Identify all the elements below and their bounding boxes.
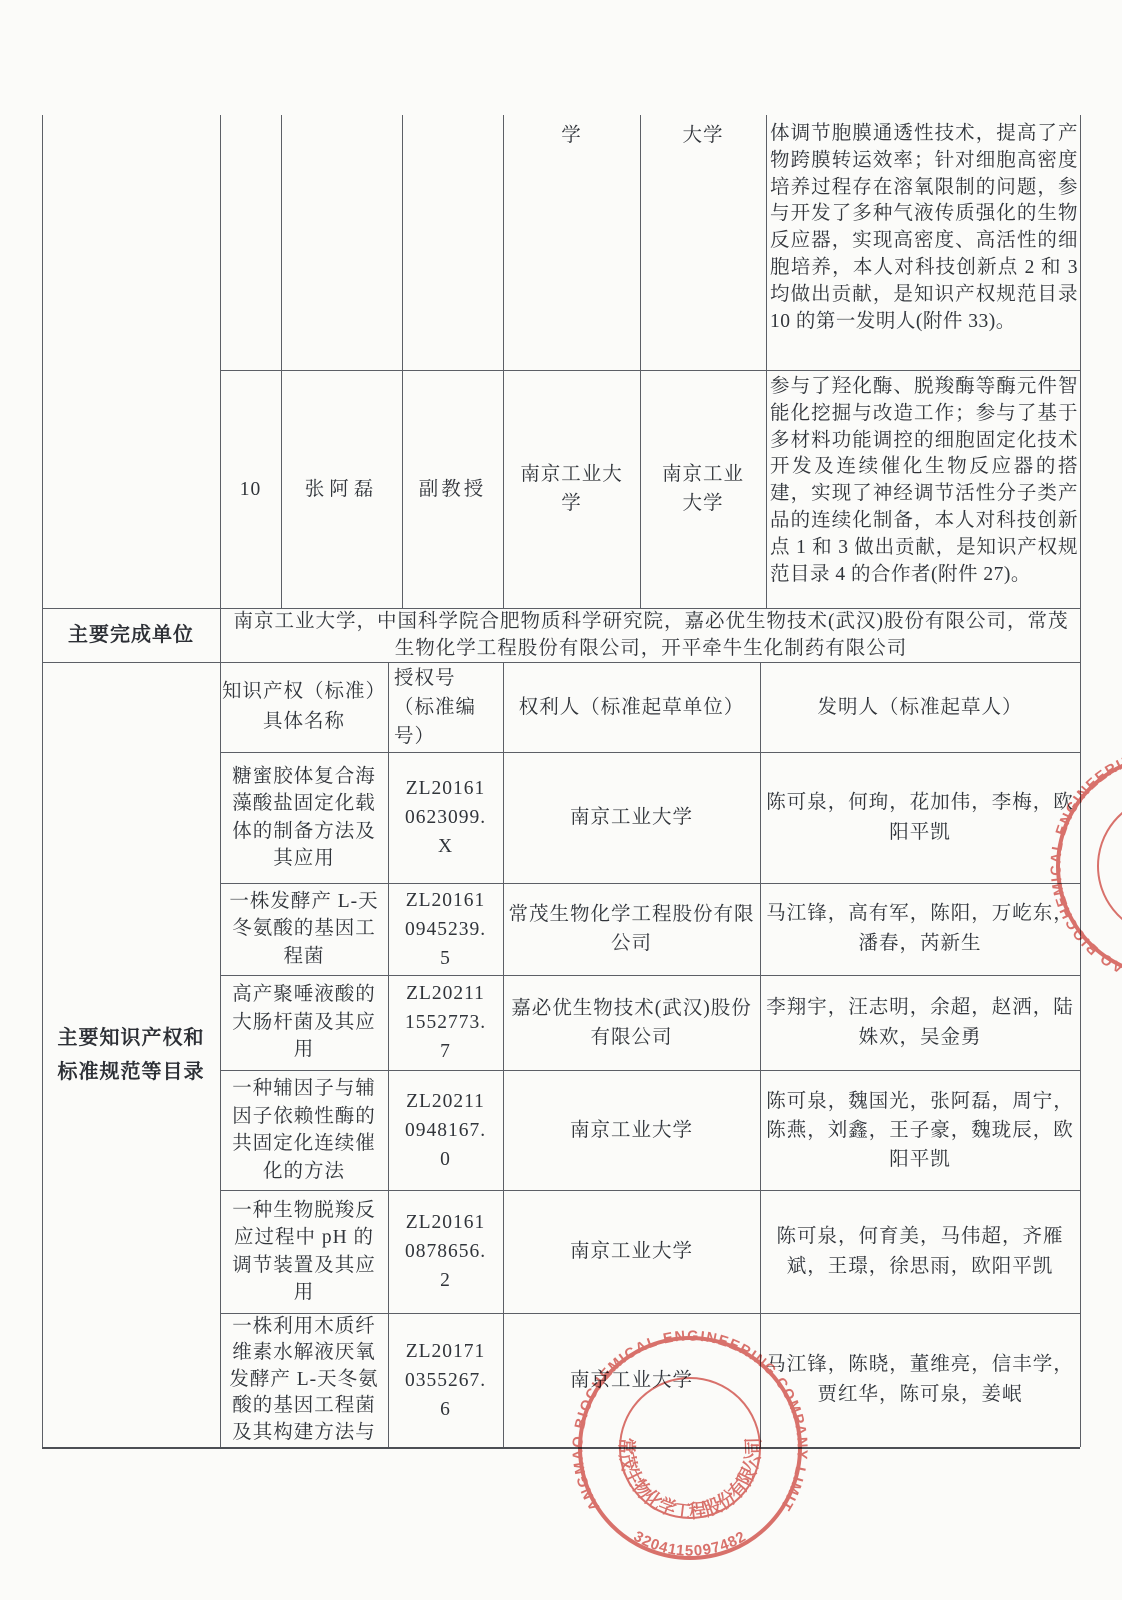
- ip-row-name: 一株发酵产 L-天冬氨酸的基因工程菌: [224, 883, 384, 975]
- ip-row-name: 一种辅因子与辅因子依赖性酶的共固定化连续催化的方法: [224, 1070, 384, 1190]
- ip-row-inventor: 陈可泉，何育美，马伟超，齐雁斌，王璟，徐思雨，欧阳平凯: [762, 1190, 1078, 1313]
- ip-row-owner: 南京工业大学: [507, 1070, 756, 1190]
- ip-row-owner: 南京工业大学: [507, 1190, 756, 1313]
- ip-row-owner: 南京工业大学: [507, 752, 756, 883]
- ip-row-number: ZL20171 0355267. 6: [390, 1313, 501, 1447]
- ip-row-inventor: 陈可泉，魏国光，张阿磊，周宁，陈燕，刘鑫，王子豪，魏珑辰，欧阳平凯: [762, 1070, 1078, 1190]
- table-line: [760, 662, 761, 1447]
- table-line: [42, 1447, 1080, 1449]
- row9-contribution-cont: 体调节胞膜通透性技术，提高了产物跨膜转运效率；针对细胞高密度培养过程存在溶氧限制…: [770, 121, 1078, 367]
- ip-row-name: 高产聚唾液酸的大肠杆菌及其应用: [224, 975, 384, 1070]
- row9-completion-unit-cont: 大学: [640, 121, 766, 366]
- ip-row-owner: 嘉必优生物技术(武汉)股份有限公司: [507, 975, 756, 1070]
- ip-header-name: 知识产权（标准） 具体名称: [222, 662, 386, 752]
- ip-row-number: ZL20211 1552773. 7: [390, 975, 501, 1070]
- row10-seq: 10: [220, 370, 281, 608]
- table-line: [766, 115, 767, 608]
- ip-row-number: ZL20211 0948167. 0: [390, 1070, 501, 1190]
- ip-row-name: 糖蜜胶体复合海藻酸盐固定化载体的制备方法及其应用: [224, 752, 384, 883]
- stamp-number-text: 3204115097482: [631, 1528, 750, 1560]
- table-line: [1080, 115, 1081, 1447]
- ip-row-inventor: 马江锋，高有军，陈阳，万屹东，潘春，芮新生: [762, 883, 1078, 975]
- stamp-chinese-text: 常茂生物化学工程股份有限公司: [615, 1437, 765, 1523]
- ip-header-number: 授权号 （标准编 号）: [394, 662, 501, 752]
- document-page: 学 大学 体调节胞膜通透性技术，提高了产物跨膜转运效率；针对细胞高密度培养过程存…: [0, 0, 1122, 1600]
- row10-completion-unit: 南京工业 大学: [640, 370, 766, 608]
- row10-title: 副教授: [402, 370, 503, 608]
- svg-text:常茂生物化学工程股份有限公司: 常茂生物化学工程股份有限公司: [615, 1437, 765, 1523]
- table-line: [388, 662, 389, 1447]
- ip-row-number: ZL20161 0878656. 2: [390, 1190, 501, 1313]
- row10-contribution: 参与了羟化酶、脱羧酶等酶元件智能化挖掘与改造工作；参与了基于多材料功能调控的细胞…: [770, 374, 1078, 604]
- row10-work-unit: 南京工业大 学: [503, 370, 640, 608]
- row9-work-unit-cont: 学: [503, 121, 640, 366]
- ip-row-owner: 常茂生物化学工程股份有限公司: [507, 883, 756, 975]
- ip-header-inventor: 发明人（标准起草人）: [760, 662, 1080, 752]
- ip-row-inventor: 马江锋，陈晓，董维亮，信丰学，贾红华，陈可泉，姜岷: [762, 1313, 1078, 1447]
- ip-row-name: 一株利用木质纤维素水解液厌氧发酵产 L-天冬氨酸的基因工程菌及其构建方法与: [224, 1313, 384, 1447]
- ip-row-inventor: 李翔宇，汪志明，余超，赵洒，陆姝欢，吴金勇: [762, 975, 1078, 1070]
- row10-name: 张阿磊: [281, 370, 402, 608]
- ip-row-owner: 南京工业大学: [507, 1313, 756, 1447]
- main-units-value: 南京工业大学，中国科学院合肥物质科学研究院，嘉必优生物技术(武汉)股份有限公司，…: [228, 608, 1074, 662]
- table-line: [503, 662, 504, 1447]
- ip-row-number: ZL20161 0623099. X: [390, 752, 501, 883]
- ip-section-label: 主要知识产权和 标准规范等目录: [42, 662, 220, 1447]
- ip-row-name: 一种生物脱羧反应过程中 pH 的调节装置及其应用: [224, 1190, 384, 1313]
- svg-text:3204115097482: 3204115097482: [631, 1528, 750, 1560]
- ip-row-inventor: 陈可泉，何珣，花加伟，李梅，欧阳平凯: [762, 752, 1078, 883]
- ip-header-owner: 权利人（标准起草单位）: [503, 662, 760, 752]
- ip-row-number: ZL20161 0945239. 5: [390, 883, 501, 975]
- table-line: [220, 115, 221, 1447]
- main-units-label: 主要完成单位: [42, 608, 220, 662]
